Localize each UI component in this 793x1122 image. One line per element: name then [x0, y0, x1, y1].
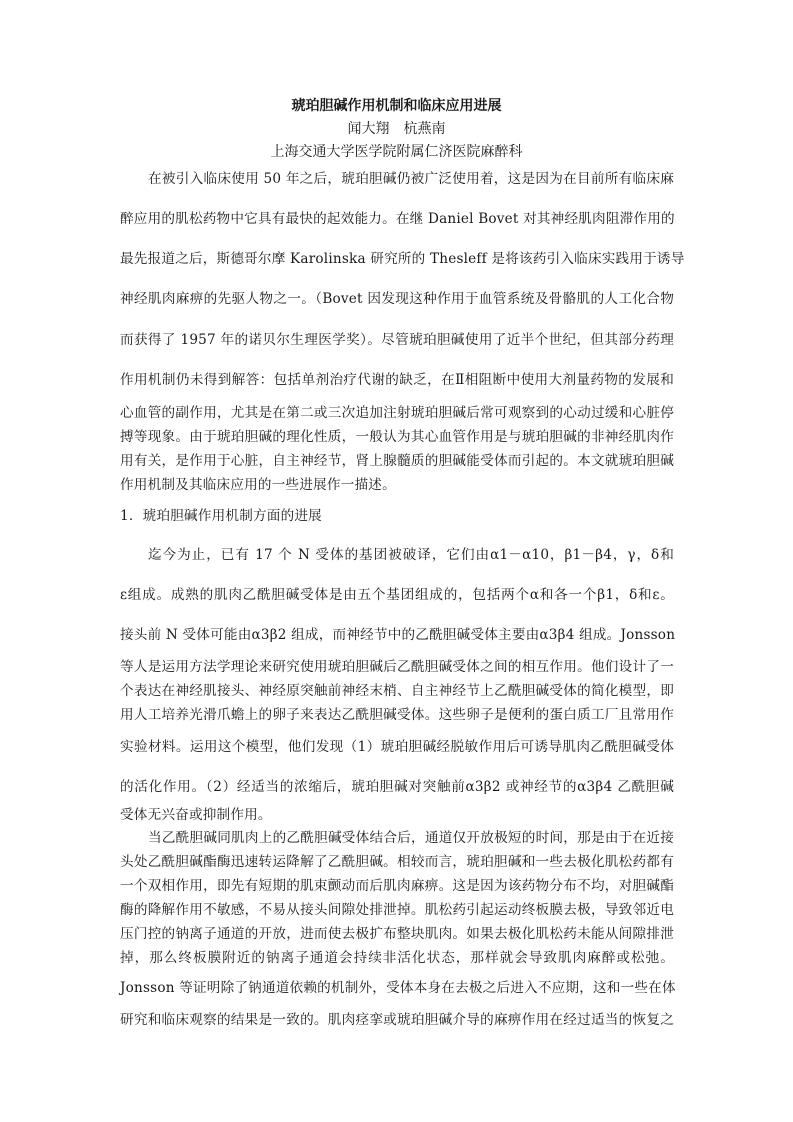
body-line: 研究和临床观察的结果是一致的。肌肉痉挛或琥珀胆碱介导的麻痹作用在经过适当的恢复之	[120, 1010, 674, 1030]
body-line: 酶的降解作用不敏感，不易从接头间隙处排泄掉。肌松药引起运动终板膜去极，导致邻近电	[120, 900, 674, 920]
body-line: 而获得了 1957 年的诺贝尔生理医学奖）。尽管琥珀胆碱使用了近半个世纪，但其部…	[120, 330, 674, 350]
body-line: 接头前 N 受体可能由α3β2 组成，而神经节中的乙酰胆碱受体主要由α3β4 组…	[120, 625, 674, 645]
body-line: 的活化作用。（2）经适当的浓缩后，琥珀胆碱对突触前α3β2 或神经节的α3β4 …	[120, 777, 674, 797]
body-line: 醉应用的肌松药物中它具有最快的起效能力。在继 Daniel Bovet 对其神经…	[120, 209, 674, 229]
paper-title: 琥珀胆碱作用机制和临床应用进展	[0, 95, 793, 115]
body-line: 头处乙酰胆碱酯酶迅速转运降解了乙酰胆碱。相较而言，琥珀胆碱和一些去极化肌松药都有	[120, 852, 674, 872]
body-line: ε组成。成熟的肌肉乙酰胆碱受体是由五个基团组成的，包括两个α和各一个β1，δ和ε…	[120, 585, 674, 605]
body-line: 实验材料。运用这个模型，他们发现（1）琥珀胆碱经脱敏作用后可诱导肌肉乙酰胆碱受体	[120, 737, 674, 757]
body-line: 受体无兴奋或抑制作用。	[120, 805, 674, 825]
body-line: 作用机制及其临床应用的一些进展作一描述。	[120, 475, 674, 495]
body-line: 用有关，是作用于心脏，自主神经节，肾上腺髓质的胆碱能受体而引起的。本文就琥珀胆碱	[120, 451, 674, 471]
body-line: 搏等现象。由于琥珀胆碱的理化性质，一般认为其心血管作用是与琥珀胆碱的非神经肌肉作	[120, 427, 674, 447]
body-line: 作用机制仍未得到解答：包括单剂治疗代谢的缺乏，在Ⅱ相阻断中使用大剂量药物的发展和	[120, 370, 674, 390]
body-line: 用人工培养光滑爪蟾上的卵子来表达乙酰胆碱受体。这些卵子是便利的蛋白质工厂且常用作	[120, 705, 674, 725]
body-line: 神经肌肉麻痹的先驱人物之一。（Bovet 因发现这种作用于血管系统及骨骼肌的人工…	[120, 289, 674, 309]
affiliation: 上海交通大学医学院附属仁济医院麻醉科	[0, 141, 793, 161]
body-line: 个表达在神经肌接头、神经原突触前神经末梢、自主神经节上乙酰胆碱受体的简化模型，即	[120, 681, 674, 701]
body-line: 迄今为止，已有 17 个 N 受体的基团被破译，它们由α1－α10，β1－β4，…	[148, 545, 674, 565]
body-line: 一个双相作用，即先有短期的肌束颤动而后肌肉麻痹。这是因为该药物分布不均，对胆碱酯	[120, 876, 674, 896]
body-line: 当乙酰胆碱同肌肉上的乙酰胆碱受体结合后，通道仅开放极短的时间，那是由于在近接	[148, 828, 674, 848]
body-line: 掉，那么终板膜附近的钠离子通道会持续非活化状态，那样就会导致肌肉麻醉或松弛。	[120, 948, 674, 968]
document-page: 琥珀胆碱作用机制和临床应用进展 闻大翔 杭燕南 上海交通大学医学院附属仁济医院麻…	[0, 0, 793, 1122]
body-line: 等人是运用方法学理论来研究使用琥珀胆碱后乙酰胆碱受体之间的相互作用。他们设计了一	[120, 657, 674, 677]
body-line: 在被引入临床使用 50 年之后，琥珀胆碱仍被广泛使用着，这是因为在目前所有临床麻	[148, 169, 674, 189]
body-line: 最先报道之后，斯德哥尔摩 Karolinska 研究所的 Thesleff 是将…	[120, 249, 674, 269]
section-heading: 1．琥珀胆碱作用机制方面的进展	[120, 506, 674, 526]
authors: 闻大翔 杭燕南	[0, 118, 793, 138]
body-line: 心血管的副作用，尤其是在第二或三次追加注射琥珀胆碱后常可观察到的心动过缓和心脏停	[120, 403, 674, 423]
body-line: 压门控的钠离子通道的开放，进而使去极扩布整块肌肉。如果去极化肌松药未能从间隙排泄	[120, 924, 674, 944]
body-line: Jonsson 等证明除了钠通道依赖的机制外，受体本身在去极之后进入不应期，这和…	[120, 978, 674, 998]
